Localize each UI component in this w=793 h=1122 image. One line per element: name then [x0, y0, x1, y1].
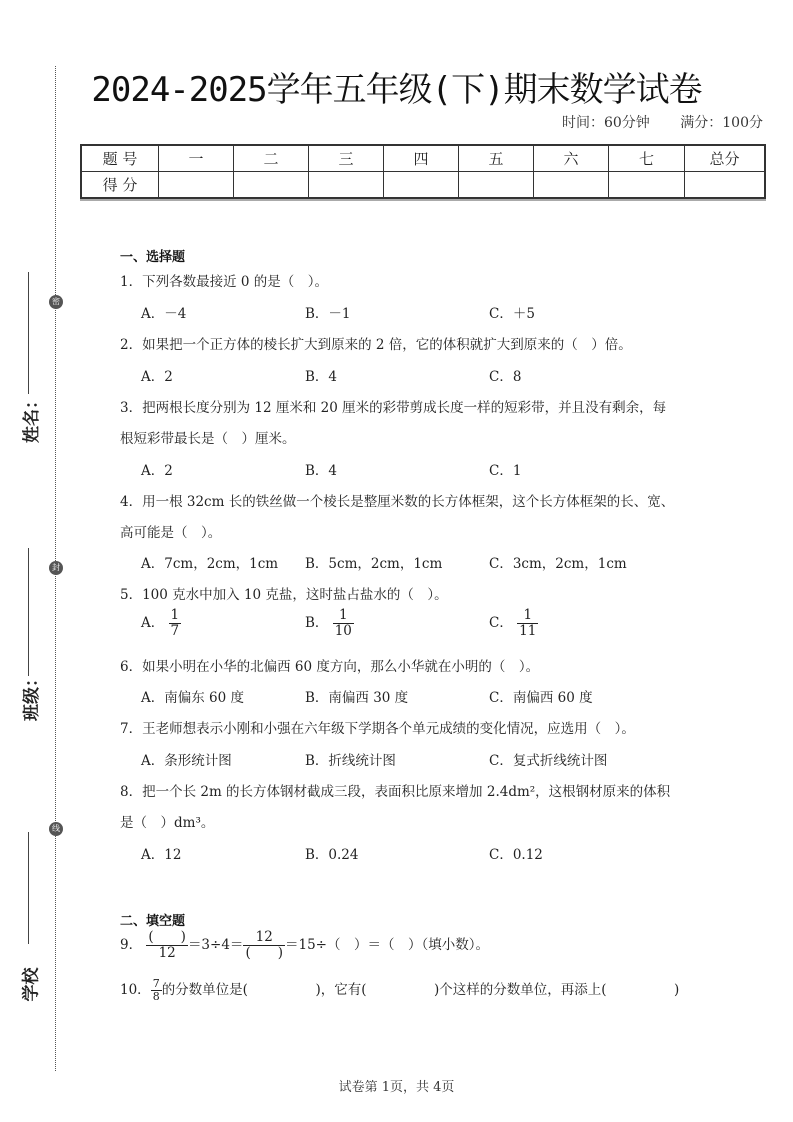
question-number: 10． — [120, 982, 151, 998]
q2-option-b[interactable]: B．4 — [305, 365, 337, 385]
score-cell[interactable] — [159, 172, 234, 199]
seal-xian-icon: 线 — [49, 822, 63, 836]
score-cell[interactable] — [609, 172, 685, 199]
denominator-blank[interactable]: ( ) — [243, 946, 285, 961]
numerator: 1 — [517, 608, 538, 624]
page-footer: 试卷第 1页，共 4页 — [0, 1076, 793, 1095]
q3-option-c[interactable]: C．1 — [489, 459, 521, 479]
question-1: 1．下列各数最接近 0 的是（ ）。 — [120, 270, 328, 290]
seal-feng-icon: 封 — [49, 561, 63, 575]
q7-option-c[interactable]: C．复式折线统计图 — [489, 749, 607, 769]
class-field-label: 班级： — [17, 670, 42, 721]
score-cell[interactable] — [384, 172, 459, 199]
q8-option-b[interactable]: B．0.24 — [305, 843, 358, 863]
question-2: 2．如果把一个正方体的棱长扩大到原来的 2 倍，它的体积就扩大到原来的（ ）倍。 — [120, 333, 632, 353]
option-label: B． — [305, 615, 328, 631]
exam-meta: 时间：60分钟 满分：100分 — [536, 112, 763, 132]
header-cell: 七 — [609, 145, 685, 172]
page-title: 2024-2025学年五年级(下)期末数学试卷 — [0, 62, 793, 111]
question-10: 10．78的分数单位是( )，它有( )个这样的分数单位，再添上( ) — [120, 978, 679, 1003]
q8-option-a[interactable]: A．12 — [141, 843, 181, 863]
q7-option-b[interactable]: B．折线统计图 — [305, 749, 396, 769]
question-9: 9． ( )12＝3÷4＝12( )＝15÷（ ）＝（ ）（填小数）。 — [120, 930, 489, 961]
q2-option-c[interactable]: C．8 — [489, 365, 521, 385]
question-4-cont: 高可能是（ ）。 — [120, 521, 221, 541]
denominator: 8 — [151, 991, 162, 1003]
header-cell: 题 号 — [81, 145, 159, 172]
fraction: ( )12 — [146, 930, 188, 961]
score-table: 题 号 一 二 三 四 五 六 七 总分 得 分 — [80, 144, 766, 199]
q5-option-c[interactable]: C． 111 — [489, 608, 538, 639]
header-cell: 一 — [159, 145, 234, 172]
name-field-line[interactable] — [28, 272, 29, 394]
question-number: 9． — [120, 937, 142, 953]
score-table-score-row: 得 分 — [81, 172, 765, 199]
q4-option-c[interactable]: C．3cm，2cm，1cm — [489, 552, 627, 572]
q6-option-b[interactable]: B．南偏西 30 度 — [305, 686, 408, 706]
question-8-cont: 是（ ）dm³。 — [120, 811, 214, 831]
q1-option-b[interactable]: B．－1 — [305, 302, 351, 322]
question-7: 7．王老师想表示小刚和小强在六年级下学期各个单元成绩的变化情况，应选用（ ）。 — [120, 717, 635, 737]
question-8: 8．把一个长 2m 的长方体钢材截成三段，表面积比原来增加 2.4dm²，这根钢… — [120, 780, 670, 800]
fraction: 110 — [333, 608, 354, 639]
denominator: 11 — [517, 624, 538, 639]
q5-option-a[interactable]: A． 17 — [141, 608, 181, 639]
header-cell: 总分 — [685, 145, 766, 172]
q7-option-a[interactable]: A．条形统计图 — [141, 749, 232, 769]
numerator: 1 — [169, 608, 182, 624]
q8-option-c[interactable]: C．0.12 — [489, 843, 543, 863]
q1-option-c[interactable]: C．＋5 — [489, 302, 535, 322]
score-cell[interactable] — [234, 172, 309, 199]
numerator: 1 — [333, 608, 354, 624]
denominator: 10 — [333, 624, 354, 639]
question-4: 4．用一根 32cm 长的铁丝做一个棱长是整厘米数的长方体框架，这个长方体框架的… — [120, 490, 674, 510]
header-cell: 四 — [384, 145, 459, 172]
option-label: A． — [141, 615, 164, 631]
question-3-cont: 根短彩带最长是（ ）厘米。 — [120, 427, 296, 447]
seal-mi-icon: 密 — [49, 295, 63, 309]
score-row-label: 得 分 — [81, 172, 159, 199]
school-field-line[interactable] — [28, 832, 29, 944]
denominator: 12 — [146, 946, 188, 961]
header-cell: 六 — [534, 145, 609, 172]
denominator: 7 — [169, 624, 182, 639]
exam-full-score: 满分：100分 — [680, 115, 763, 131]
q3-option-a[interactable]: A．2 — [141, 459, 173, 479]
q4-option-b[interactable]: B．5cm，2cm，1cm — [305, 552, 442, 572]
fraction: 78 — [151, 978, 162, 1003]
equation-tail: ＝15÷（ ）＝（ ）（填小数）。 — [285, 937, 489, 953]
question-3: 3．把两根长度分别为 12 厘米和 20 厘米的彩带剪成长度一样的短彩带，并且没… — [120, 396, 666, 416]
q3-option-b[interactable]: B．4 — [305, 459, 337, 479]
q4-option-a[interactable]: A．7cm，2cm，1cm — [141, 552, 278, 572]
fraction: 111 — [517, 608, 538, 639]
numerator-blank[interactable]: ( ) — [146, 930, 188, 946]
section-title-choice: 一、选择题 — [120, 246, 185, 265]
name-field-label: 姓名： — [17, 392, 42, 443]
score-cell[interactable] — [309, 172, 384, 199]
q1-option-a[interactable]: A．－4 — [141, 302, 186, 322]
question-6: 6．如果小明在小华的北偏西 60 度方向，那么小华就在小明的（ ）。 — [120, 655, 539, 675]
score-cell[interactable] — [534, 172, 609, 199]
q5-option-b[interactable]: B． 110 — [305, 608, 354, 639]
header-cell: 二 — [234, 145, 309, 172]
header-cell: 三 — [309, 145, 384, 172]
option-label: C． — [489, 615, 513, 631]
numerator: 12 — [243, 930, 285, 946]
q6-option-c[interactable]: C．南偏西 60 度 — [489, 686, 593, 706]
equation-mid: ＝3÷4＝ — [188, 937, 244, 953]
fraction: 12( ) — [243, 930, 285, 961]
score-table-header-row: 题 号 一 二 三 四 五 六 七 总分 — [81, 145, 765, 172]
question-10-text: 的分数单位是( )，它有( )个这样的分数单位，再添上( ) — [162, 982, 680, 998]
section-title-fill: 二、填空题 — [120, 910, 185, 929]
question-5: 5．100 克水中加入 10 克盐，这时盐占盐水的（ ）。 — [120, 583, 448, 603]
header-cell: 五 — [459, 145, 534, 172]
score-cell[interactable] — [685, 172, 766, 199]
school-field-label: 学校 — [17, 968, 42, 1002]
exam-time: 时间：60分钟 — [562, 115, 650, 131]
q2-option-a[interactable]: A．2 — [141, 365, 173, 385]
fraction: 17 — [169, 608, 182, 639]
class-field-line[interactable] — [28, 548, 29, 676]
q6-option-a[interactable]: A．南偏东 60 度 — [141, 686, 244, 706]
score-cell[interactable] — [459, 172, 534, 199]
